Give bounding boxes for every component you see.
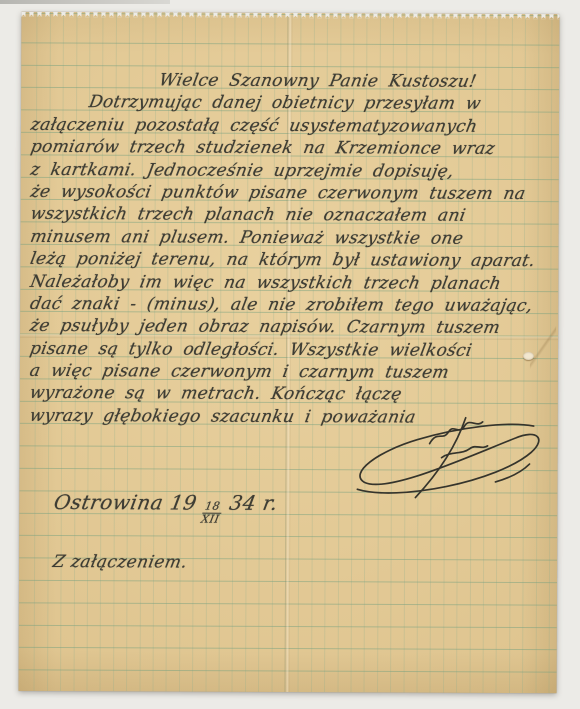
letter-line-text: dać znaki - (minus), ale nie zrobiłem te… [28,293,534,318]
letter-line: leżą poniżej terenu, na którym był ustaw… [30,248,556,273]
letter-body: Wielce Szanowny Panie Kustoszu! Dotrzymu… [30,69,558,430]
letter-dateline: Ostrowina 19 18 XII 34 r. [53,490,277,525]
dateline-year: 34 r. [228,491,280,515]
letter-line-text: Wielce Szanowny Panie Kustoszu! [157,69,478,93]
letter-line-text: że psułyby jeden obraz napisów. Czarnym … [28,315,502,339]
letter-line-text: wszystkich trzech planach nie oznaczałem… [29,203,468,227]
letter-line-text: wyrażone są w metrach. Kończąc łączę [28,382,404,406]
letter-line-text: że wysokości punktów pisane czerwonym tu… [29,181,528,206]
letter-line: wszystkich trzech planach nie oznaczałem… [31,203,557,228]
letter-salutation: Wielce Szanowny Panie Kustoszu! [159,69,557,93]
letter-line: wyrażone są w metrach. Kończąc łączę [30,382,556,407]
signature-flourish [345,411,555,507]
dateline-place: Ostrowina [52,490,165,514]
letter-line-text: minusem ani plusem. Ponieważ wszystkie o… [28,226,465,250]
letter-line: że wysokości punktów pisane czerwonym tu… [31,181,557,206]
letter-line-text: a więc pisane czerwonym i czarnym tuszem [28,360,451,384]
letter-line: załączeniu pozostałą część usystematyzow… [31,114,557,139]
letter-paper: Wielce Szanowny Panie Kustoszu! Dotrzymu… [19,12,560,693]
letter-line-text: leżą poniżej terenu, na którym był ustaw… [28,248,537,273]
letter-line-text: z kartkami. Jednocześnie uprzejmie dopis… [29,158,456,182]
scan-shadow-edge [0,0,170,4]
letter-line: że psułyby jeden obraz napisów. Czarnym … [30,315,556,340]
letter-closing-note: Z załączeniem. [53,552,187,573]
letter-line-text: załączeniu pozostałą część usystematyzow… [29,114,479,138]
letter-line: dać znaki - (minus), ale nie zrobiłem te… [30,293,556,318]
letter-line-text: pomiarów trzech studzienek na Krzemionce… [29,136,497,160]
letter-line: a więc pisane czerwonym i czarnym tuszem [30,360,556,385]
letter-line: z kartkami. Jednocześnie uprzejmie dopis… [31,158,557,183]
letter-line: Należałoby im więc na wszystkich trzech … [30,270,556,295]
letter-line: Dotrzymując danej obietnicy przesyłam w [89,92,557,116]
closing-note-text: Z załączeniem. [51,552,189,573]
letter-line-text: pisane są tylko odległości. Wszystkie wi… [28,338,474,362]
letter-line-text: Dotrzymując danej obietnicy przesyłam w [87,92,483,116]
letter-line: minusem ani plusem. Ponieważ wszystkie o… [30,226,556,251]
dateline-day-month-fraction: 18 XII [200,502,223,525]
scanned-letter-photo: Wielce Szanowny Panie Kustoszu! Dotrzymu… [0,0,580,709]
letter-line-text: Należałoby im więc na wszystkich trzech … [28,270,503,294]
letter-line: pisane są tylko odległości. Wszystkie wi… [30,338,556,363]
dateline-year-prefix: 19 [168,490,199,514]
letter-line: pomiarów trzech studzienek na Krzemionce… [31,136,557,161]
dateline-month: XII [200,514,221,525]
